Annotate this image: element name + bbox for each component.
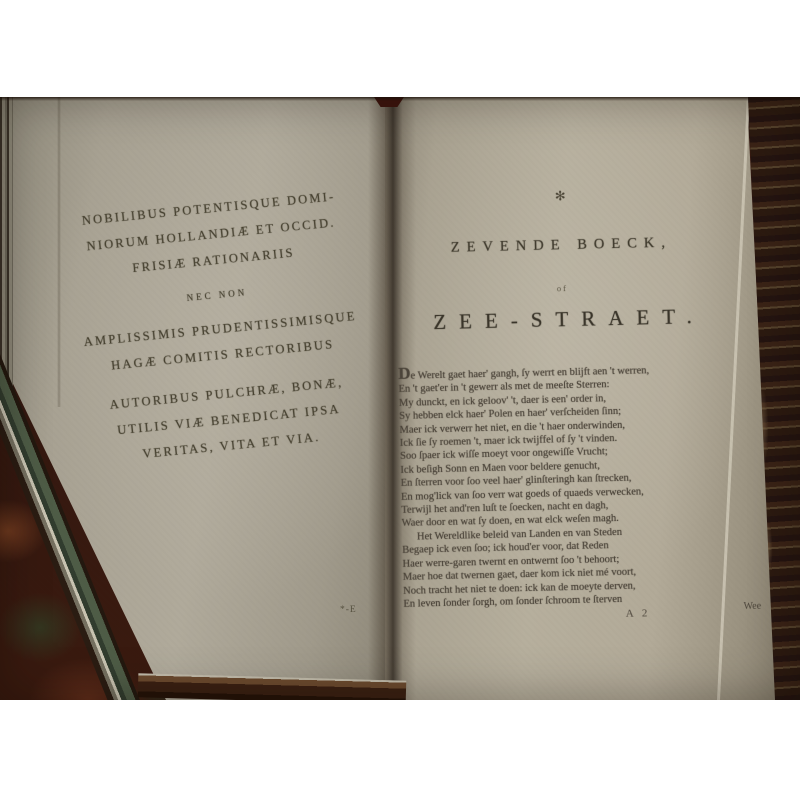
book-photograph: NOBILIBUS POTENTISQUE DOMI- NIORUM HOLLA… — [0, 97, 800, 700]
latin-dedication-block: NOBILIBUS POTENTISQUE DOMI- NIORUM HOLLA… — [54, 181, 386, 473]
book-photo-page: { "photo": { "left_page": { "dedication"… — [0, 0, 800, 800]
poem-block: De Werelt gaet haer' gangh, ſy werrt en … — [398, 361, 759, 611]
page-signature: A 2 — [626, 607, 651, 620]
catchword: Wee — [743, 601, 761, 612]
photo-top-edge — [0, 97, 800, 101]
page-stack-edges — [0, 97, 13, 387]
left-page-signature-mark: *-E — [340, 605, 357, 615]
